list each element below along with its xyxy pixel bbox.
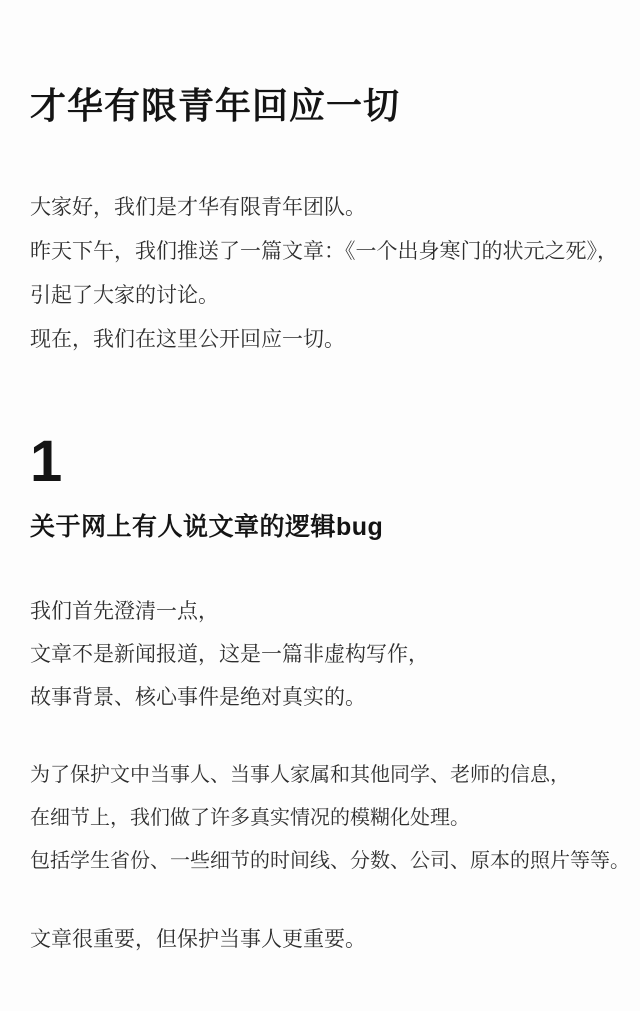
section-number: 1 [30,433,62,491]
body-line: 文章不是新闻报道，这是一篇非虚构写作， [30,633,632,676]
section-heading: 关于网上有人说文章的逻辑bug [30,514,383,542]
body-line: 包括学生省份、一些细节的时间线、分数、公司、原本的照片等等。 [30,840,638,883]
body-line: 故事背景、核心事件是绝对真实的。 [30,676,632,719]
article-title: 才华有限青年回应一切 [30,86,400,126]
closing-line: 文章很重要，但保护当事人更重要。 [30,918,632,962]
section-paragraph-1: 我们首先澄清一点， 文章不是新闻报道，这是一篇非虚构写作， 故事背景、核心事件是… [30,590,632,719]
body-line: 为了保护文中当事人、当事人家属和其他同学、老师的信息， [30,754,638,797]
intro-line: 大家好，我们是才华有限青年团队。 [30,186,632,230]
intro-line: 昨天下午，我们推送了一篇文章：《一个出身寒门的状元之死》， [30,230,632,274]
body-line: 我们首先澄清一点， [30,590,632,633]
intro-line: 现在，我们在这里公开回应一切。 [30,318,632,362]
article-page: 才华有限青年回应一切 大家好，我们是才华有限青年团队。 昨天下午，我们推送了一篇… [0,0,640,1011]
body-line: 在细节上，我们做了许多真实情况的模糊化处理。 [30,797,638,840]
section-paragraph-2: 为了保护文中当事人、当事人家属和其他同学、老师的信息， 在细节上，我们做了许多真… [30,754,638,883]
intro-paragraph: 大家好，我们是才华有限青年团队。 昨天下午，我们推送了一篇文章：《一个出身寒门的… [30,186,632,362]
intro-line: 引起了大家的讨论。 [30,274,632,318]
